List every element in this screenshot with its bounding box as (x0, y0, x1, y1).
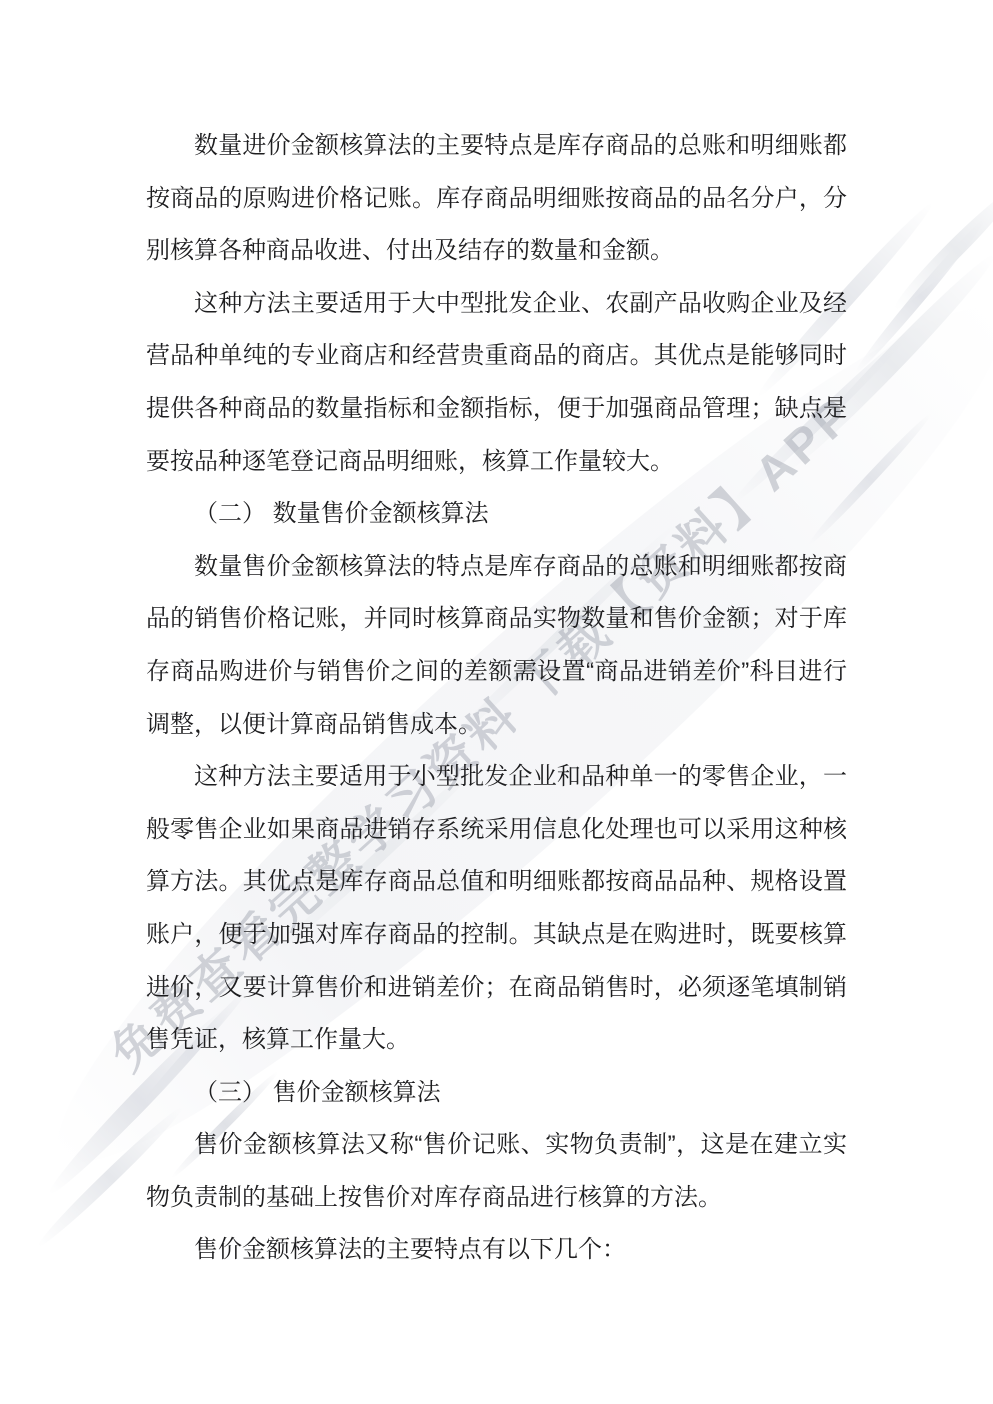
watermark-streak (851, 216, 989, 377)
document-body: 数量进价金额核算法的主要特点是库存商品的总账和明细账都按商品的原购进价格记账。库… (146, 120, 847, 1277)
document-page: 免费查看完整学习资料 下载【资料】APP 数量进价金额核算法的主要特点是库存商品… (0, 0, 993, 1404)
watermark-streak (889, 183, 993, 316)
section-heading: （三） 售价金额核算法 (146, 1067, 847, 1120)
body-paragraph: 售价金额核算法又称“售价记账、实物负责制”，这是在建立实物负责制的基础上按售价对… (146, 1119, 847, 1224)
body-paragraph: 数量售价金额核算法的特点是库存商品的总账和明细账都按商品的销售价格记账，并同时核… (146, 541, 847, 751)
section-heading: （二） 数量售价金额核算法 (146, 488, 847, 541)
body-paragraph: 这种方法主要适用于小型批发企业和品种单一的零售企业，一般零售企业如果商品进销存系… (146, 751, 847, 1067)
body-paragraph: 售价金额核算法的主要特点有以下几个： (146, 1224, 847, 1277)
body-paragraph: 数量进价金额核算法的主要特点是库存商品的总账和明细账都按商品的原购进价格记账。库… (146, 120, 847, 278)
body-paragraph: 这种方法主要适用于大中型批发企业、农副产品收购企业及经营品种单纯的专业商店和经营… (146, 278, 847, 488)
